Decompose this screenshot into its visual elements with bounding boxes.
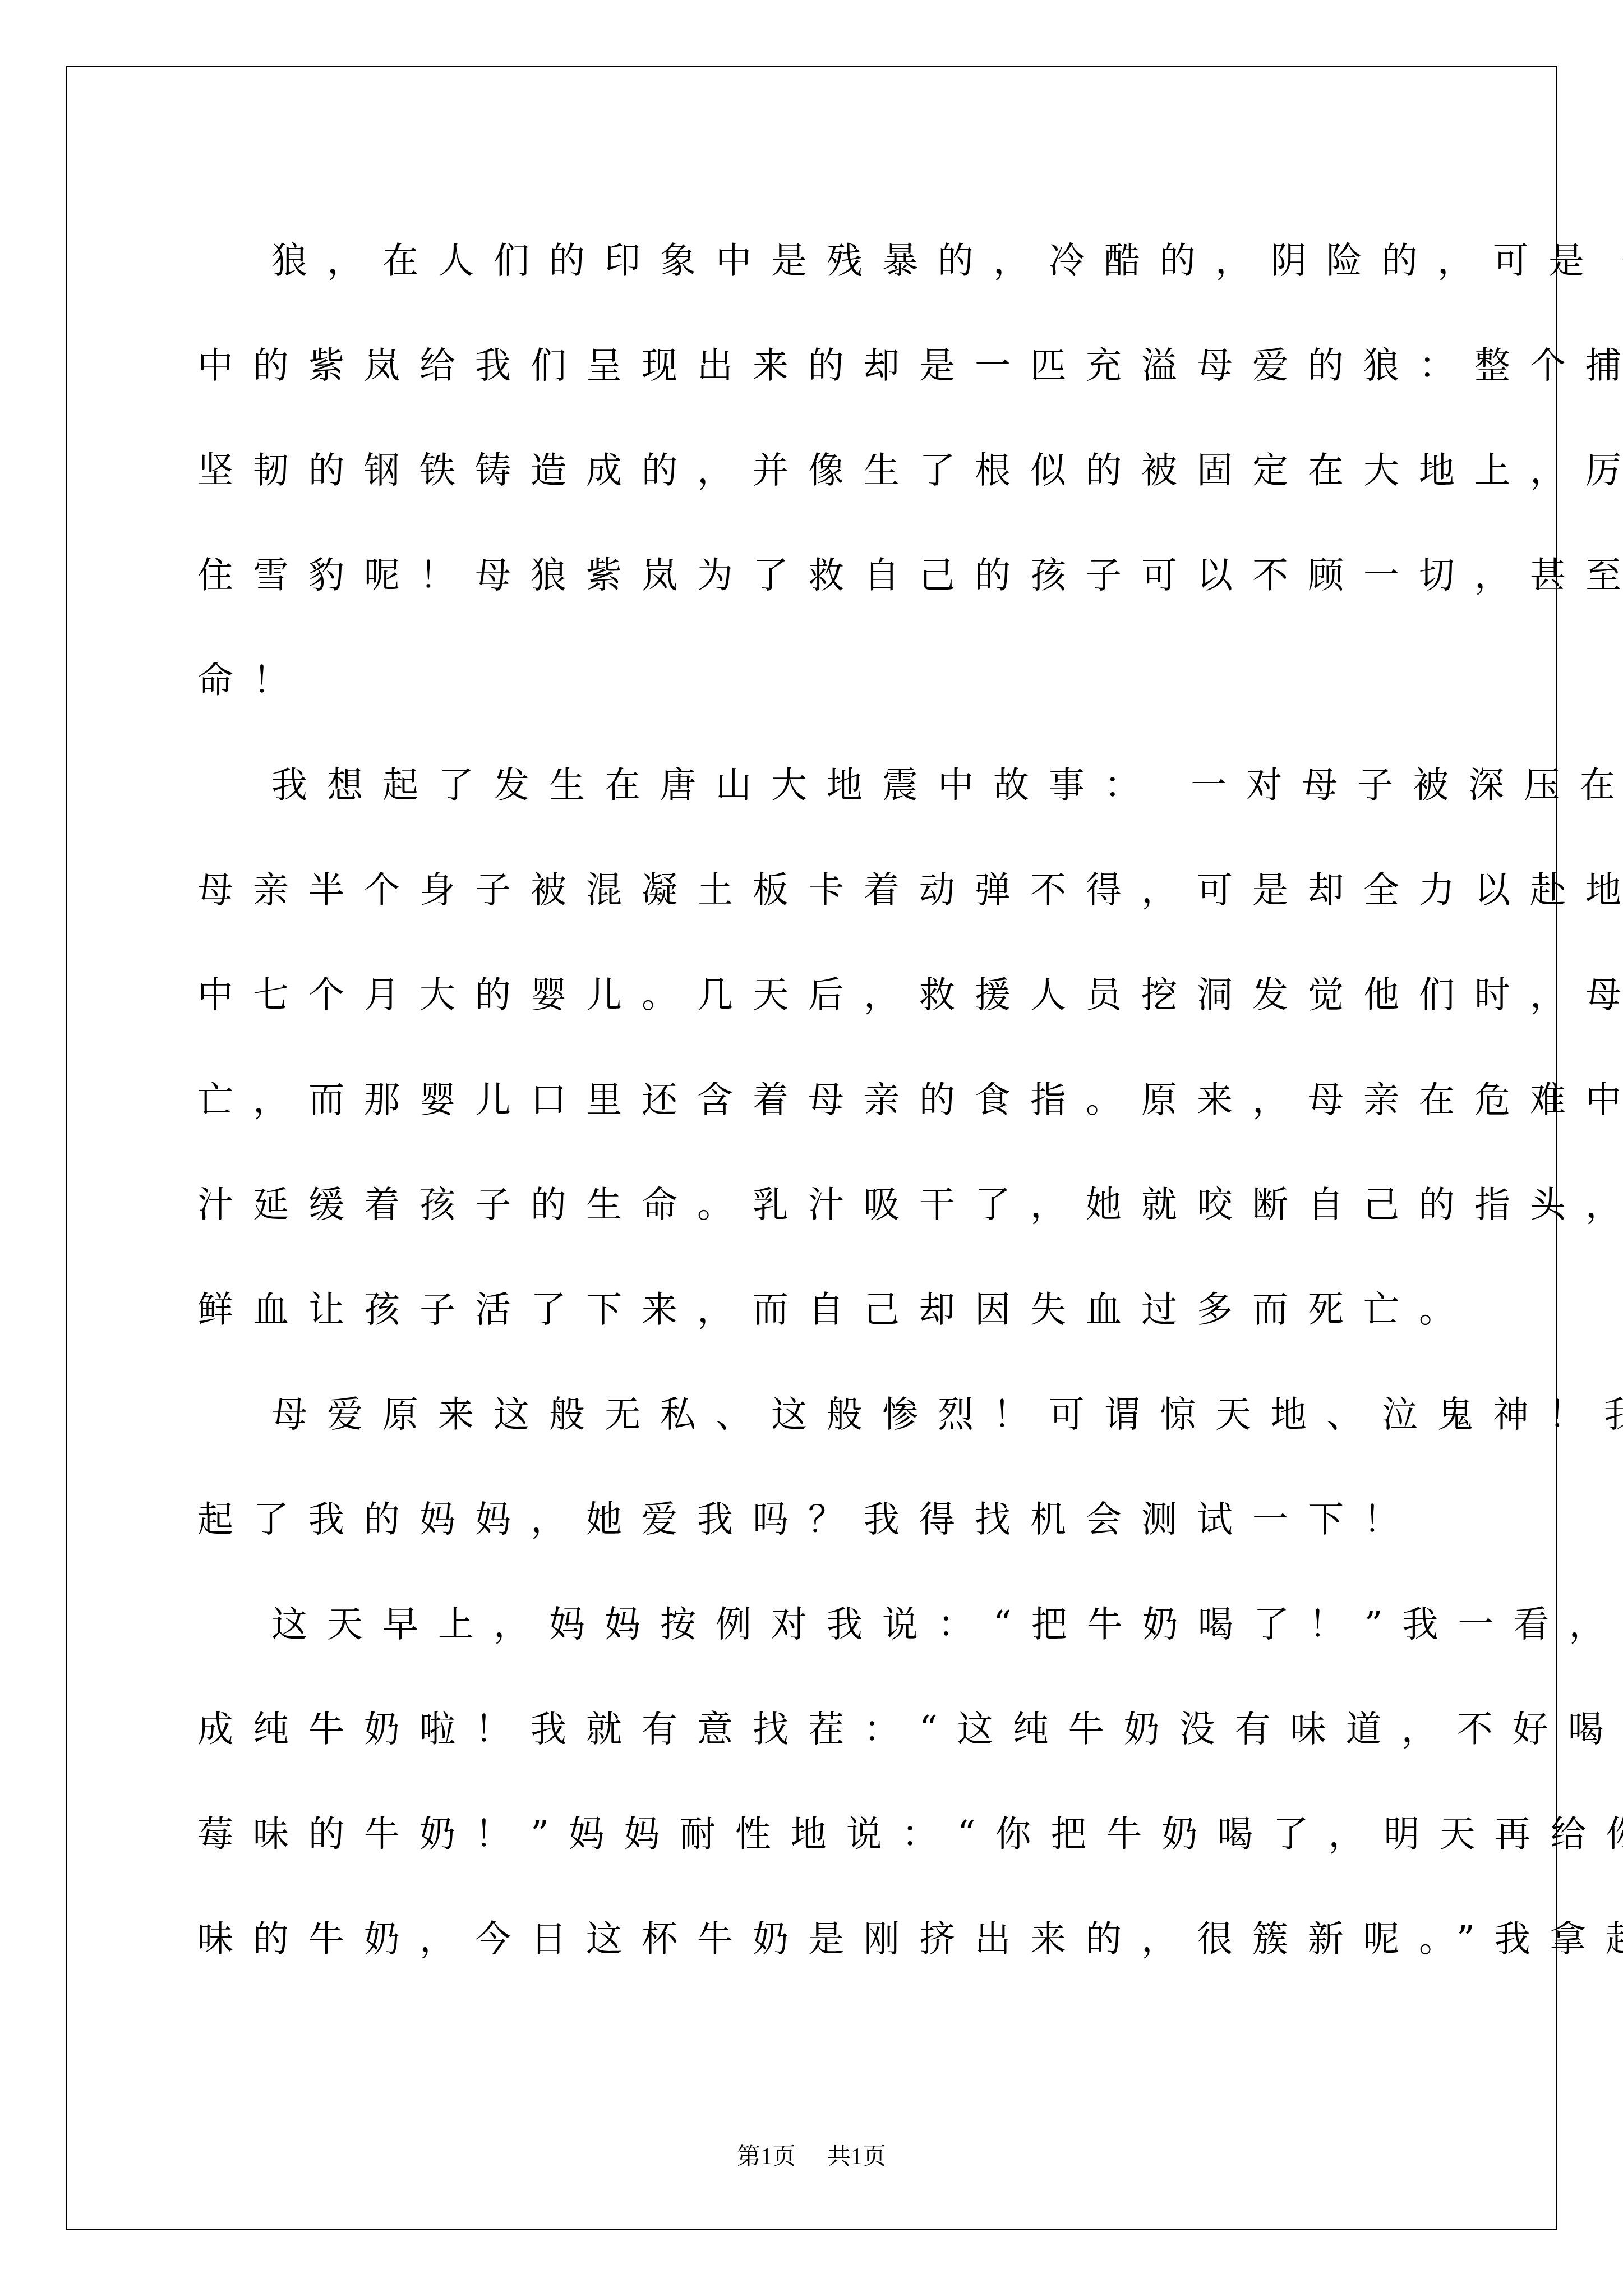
- text-line: 狼，在人们的印象中是残暴的，冷酷的，阴险的，可是《狼王梦》: [197, 209, 1426, 314]
- paragraph-4: 这天早上，妈妈按例对我说：“把牛奶喝了！”我一看，咦！换 成纯牛奶啦！我就有意找…: [197, 1572, 1426, 1992]
- text-line: 坚韧的钢铁铸造成的，并像生了根似的被固定在大地上，厉害得能逮: [197, 418, 1426, 523]
- paragraph-2: 我想起了发生在唐山大地震中故事： 一对母子被深压在废墟下， 母亲半个身子被混凝土…: [197, 733, 1426, 1363]
- text-line: 成纯牛奶啦！我就有意找茬：“这纯牛奶没有味道，不好喝，我要草: [197, 1677, 1426, 1782]
- document-body: 狼，在人们的印象中是残暴的，冷酷的，阴险的，可是《狼王梦》 中的紫岚给我们呈现出…: [197, 209, 1426, 1992]
- text-line: 汁延缓着孩子的生命。乳汁吸干了，她就咬断自己的指头，用自己的: [197, 1153, 1426, 1258]
- text-line: 我想起了发生在唐山大地震中故事： 一对母子被深压在废墟下，: [197, 733, 1426, 838]
- text-line: 亡，而那婴儿口里还含着母亲的食指。原来，母亲在危难中始终用乳: [197, 1048, 1426, 1153]
- page-total-label: 共1页: [827, 2140, 886, 2174]
- text-line: 命！: [197, 628, 1426, 733]
- paragraph-1: 狼，在人们的印象中是残暴的，冷酷的，阴险的，可是《狼王梦》 中的紫岚给我们呈现出…: [197, 209, 1426, 733]
- text-line: 味的牛奶，今日这杯牛奶是刚挤出来的，很簇新呢。”我拿起纯牛奶: [197, 1887, 1426, 1992]
- text-line: 这天早上，妈妈按例对我说：“把牛奶喝了！”我一看，咦！换: [197, 1572, 1426, 1677]
- text-line: 母亲半个身子被混凝土板卡着动弹不得，可是却全力以赴地维护着怀: [197, 838, 1426, 943]
- page-number-label: 第1页: [737, 2140, 796, 2174]
- text-line: 中的紫岚给我们呈现出来的却是一匹充溢母爱的狼：整个捕兽夹都是: [197, 314, 1426, 418]
- text-line: 鲜血让孩子活了下来，而自己却因失血过多而死亡。: [197, 1258, 1426, 1363]
- text-line: 住雪豹呢！母狼紫岚为了救自己的孩子可以不顾一切，甚至自己的生: [197, 523, 1426, 628]
- text-line: 起了我的妈妈，她爱我吗？我得找机会测试一下！: [197, 1467, 1426, 1572]
- text-line: 莓味的牛奶！”妈妈耐性地说：“你把牛奶喝了，明天再给你买草莓: [197, 1782, 1426, 1887]
- text-line: 母爱原来这般无私、这般惨烈！可谓惊天地、泣鬼神！我不禁想: [197, 1363, 1426, 1467]
- paragraph-3: 母爱原来这般无私、这般惨烈！可谓惊天地、泣鬼神！我不禁想 起了我的妈妈，她爱我吗…: [197, 1363, 1426, 1572]
- text-line: 中七个月大的婴儿。几天后，救援人员挖洞发觉他们时，母亲已经死: [197, 943, 1426, 1048]
- page-footer: 第1页共1页: [0, 2140, 1623, 2174]
